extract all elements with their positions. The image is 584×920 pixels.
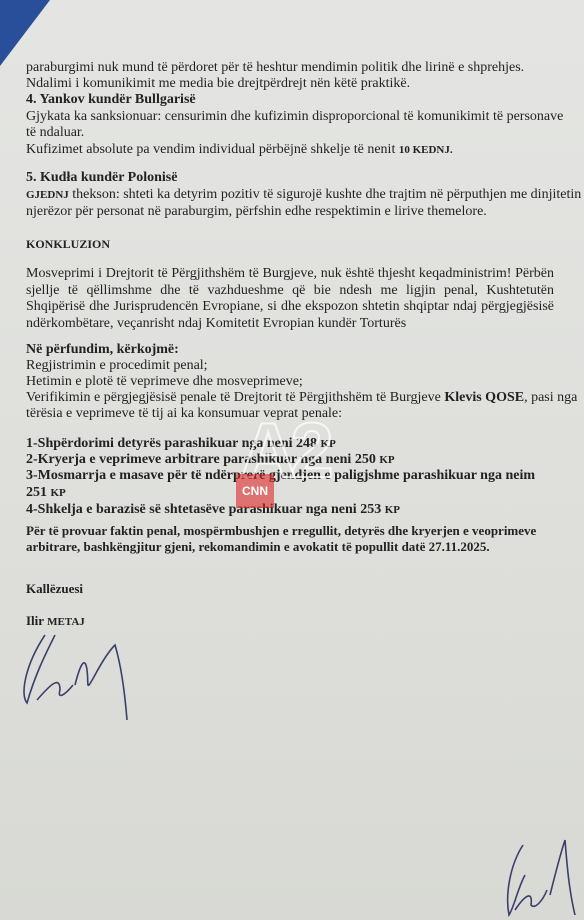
request-item: Regjistrimin e procedimit penal; — [26, 358, 208, 375]
case4-ref: 10 KEDNJ. — [399, 144, 453, 156]
signatory-role: Kallëzuesi — [26, 581, 83, 598]
intro-line: Ndalimi i komunikimit me media bie drejt… — [26, 76, 410, 93]
case4-text: Kufizimet absolute pa vendim individual … — [26, 142, 453, 159]
conclusion-paragraph: Mosveprimi i Drejtorit të Përgjithshëm t… — [26, 266, 554, 332]
closing-line: Për të provuar faktin penal, mospërmbush… — [26, 523, 536, 540]
verify-text: Verifikimin e përgjegjësisë penale të Dr… — [26, 390, 444, 405]
case4-heading: 4. Yankov kundër Bullgarisë — [26, 92, 196, 109]
intro-line: paraburgimi nuk mund të përdoret për të … — [26, 60, 524, 77]
requests-heading: Në përfundim, kërkojmë: — [26, 342, 179, 359]
closing-line: arbitrare, bashkëngjitur gjeni, rekomand… — [26, 539, 490, 556]
offense-ref: KP — [385, 504, 400, 516]
offense-item: 2-Kryerja e veprimeve arbitrare parashik… — [26, 452, 395, 469]
offense-text: 4-Shkelja e barazisë së shtetasëve paras… — [26, 502, 381, 517]
offense-ref: KP — [379, 454, 394, 466]
case5-text: njerëzor për personat në paraburgim, për… — [26, 204, 487, 221]
accused-name: Klevis QOSE — [444, 390, 524, 405]
case4-text: të ndaluar. — [26, 125, 84, 142]
case4-text: Gjykata ka sanksionuar: censurimin dhe k… — [26, 109, 563, 126]
verify-text-post: , pasi nga — [524, 390, 577, 405]
offense-item: 4-Shkelja e barazisë së shtetasëve paras… — [26, 502, 400, 519]
case5-lead: GJEDNJ — [26, 189, 69, 201]
case5-text-main: thekson: shteti ka detyrim pozitiv të si… — [69, 187, 581, 202]
conclusion-heading: KONKLUZION — [26, 236, 110, 253]
case4-text-main: Kufizimet absolute pa vendim individual … — [26, 142, 395, 157]
signature-icon — [495, 835, 584, 920]
case5-text: GJEDNJ thekson: shteti ka detyrim poziti… — [26, 187, 581, 204]
blue-corner-decoration — [0, 0, 50, 66]
request-item: Hetimin e plotë të veprimeve dhe mosvepr… — [26, 374, 303, 391]
offense-ref: KP — [51, 487, 66, 499]
signature-icon — [15, 615, 155, 725]
cnn-watermark: CNN — [236, 474, 274, 508]
case5-heading: 5. Kudła kundër Polonisë — [26, 170, 177, 187]
